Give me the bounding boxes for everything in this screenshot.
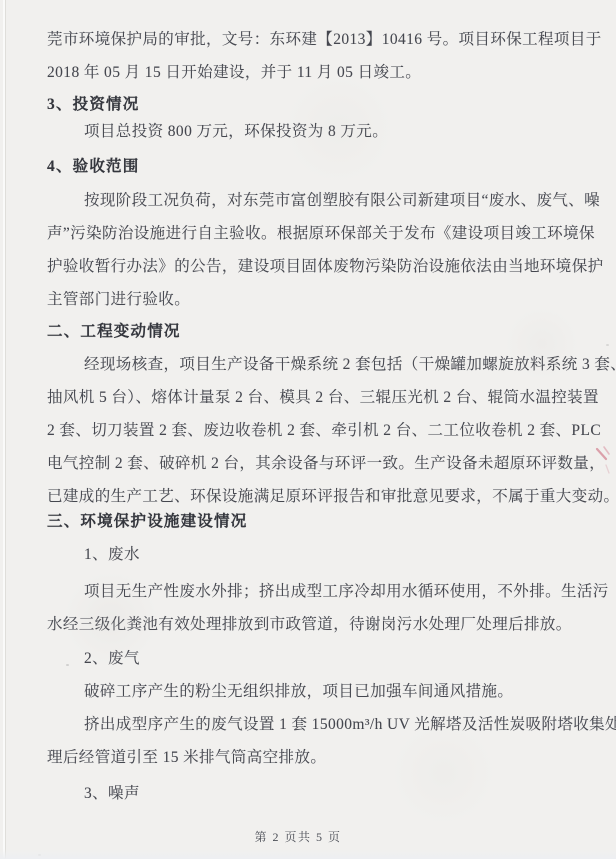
scan-edge-left <box>3 0 5 859</box>
section-heading-project-changes: 二、工程变动情况 <box>47 322 181 341</box>
body-line: 破碎工序产生的粉尘无组织排放，项目已加强车间通风措施。 <box>84 682 513 701</box>
page-number: 第 2 页共 5 页 <box>0 828 596 845</box>
body-line: 理后经管道引至 15 米排气筒高空排放。 <box>47 748 326 767</box>
body-line: 莞市环境保护局的审批，文号：东环建【2013】10416 号。项目环保工程项目于 <box>47 30 602 49</box>
scan-edge-bottom <box>0 849 616 859</box>
body-line: 主管部门进行验收。 <box>47 290 190 309</box>
subsection-heading-wastewater: 1、废水 <box>84 545 140 564</box>
scan-speck <box>66 664 69 666</box>
body-line: 项目无生产性废水外排；挤出成型工序冷却用水循环使用，不外排。生活污 <box>84 582 609 601</box>
body-line: 挤出成型序产生的废气设置 1 套 15000m³/h UV 光解塔及活性炭吸附塔… <box>84 715 616 734</box>
subsection-heading-exhaust-gas: 2、废气 <box>84 649 140 668</box>
red-pen-mark <box>594 445 614 477</box>
body-line: 已建成的生产工艺、环保设施满足原环评报告和审批意见要求，不属于重大变动。 <box>47 487 616 506</box>
body-line: 水经三级化粪池有效处理排放到市政管道，待谢岗污水处理厂处理后排放。 <box>47 615 572 634</box>
body-line: 按现阶段工况负荷，对东莞市富创塑胶有限公司新建项目“废水、废气、噪 <box>84 191 600 210</box>
body-line: 抽风机 5 台）、熔体计量泵 2 台、模具 2 台、三辊压光机 2 台、辊筒水温… <box>47 388 599 407</box>
body-line: 项目总投资 800 万元，环保投资为 8 万元。 <box>84 122 388 141</box>
scanned-page: 莞市环境保护局的审批，文号：东环建【2013】10416 号。项目环保工程项目于… <box>0 0 616 859</box>
body-line: 声”污染防治设施进行自主验收。根据原环保部关于发布《建设项目竣工环境保 <box>47 224 595 243</box>
body-line: 电气控制 2 套、破碎机 2 台，其余设备与环评一致。生产设备未超原环评数量， <box>47 454 605 473</box>
body-line: 经现场核查，项目生产设备干燥系统 2 套包括（干燥罐加螺旋放料系统 3 套、 <box>84 355 616 374</box>
body-line: 2018 年 05 月 15 日开始建设，并于 11 月 05 日竣工。 <box>47 63 421 82</box>
body-line: 护验收暂行办法》的公告，建设项目固体废物污染防治设施依法由当地环境保护 <box>47 257 604 276</box>
section-heading-env-facilities: 三、环境保护设施建设情况 <box>47 512 247 531</box>
body-line: 2 套、切刀装置 2 套、废边收卷机 2 套、牵引机 2 台、二工位收卷机 2 … <box>47 421 601 440</box>
section-heading-acceptance-scope: 4、验收范围 <box>47 157 139 176</box>
subsection-heading-noise: 3、噪声 <box>84 784 140 803</box>
section-heading-investment: 3、投资情况 <box>47 95 139 114</box>
